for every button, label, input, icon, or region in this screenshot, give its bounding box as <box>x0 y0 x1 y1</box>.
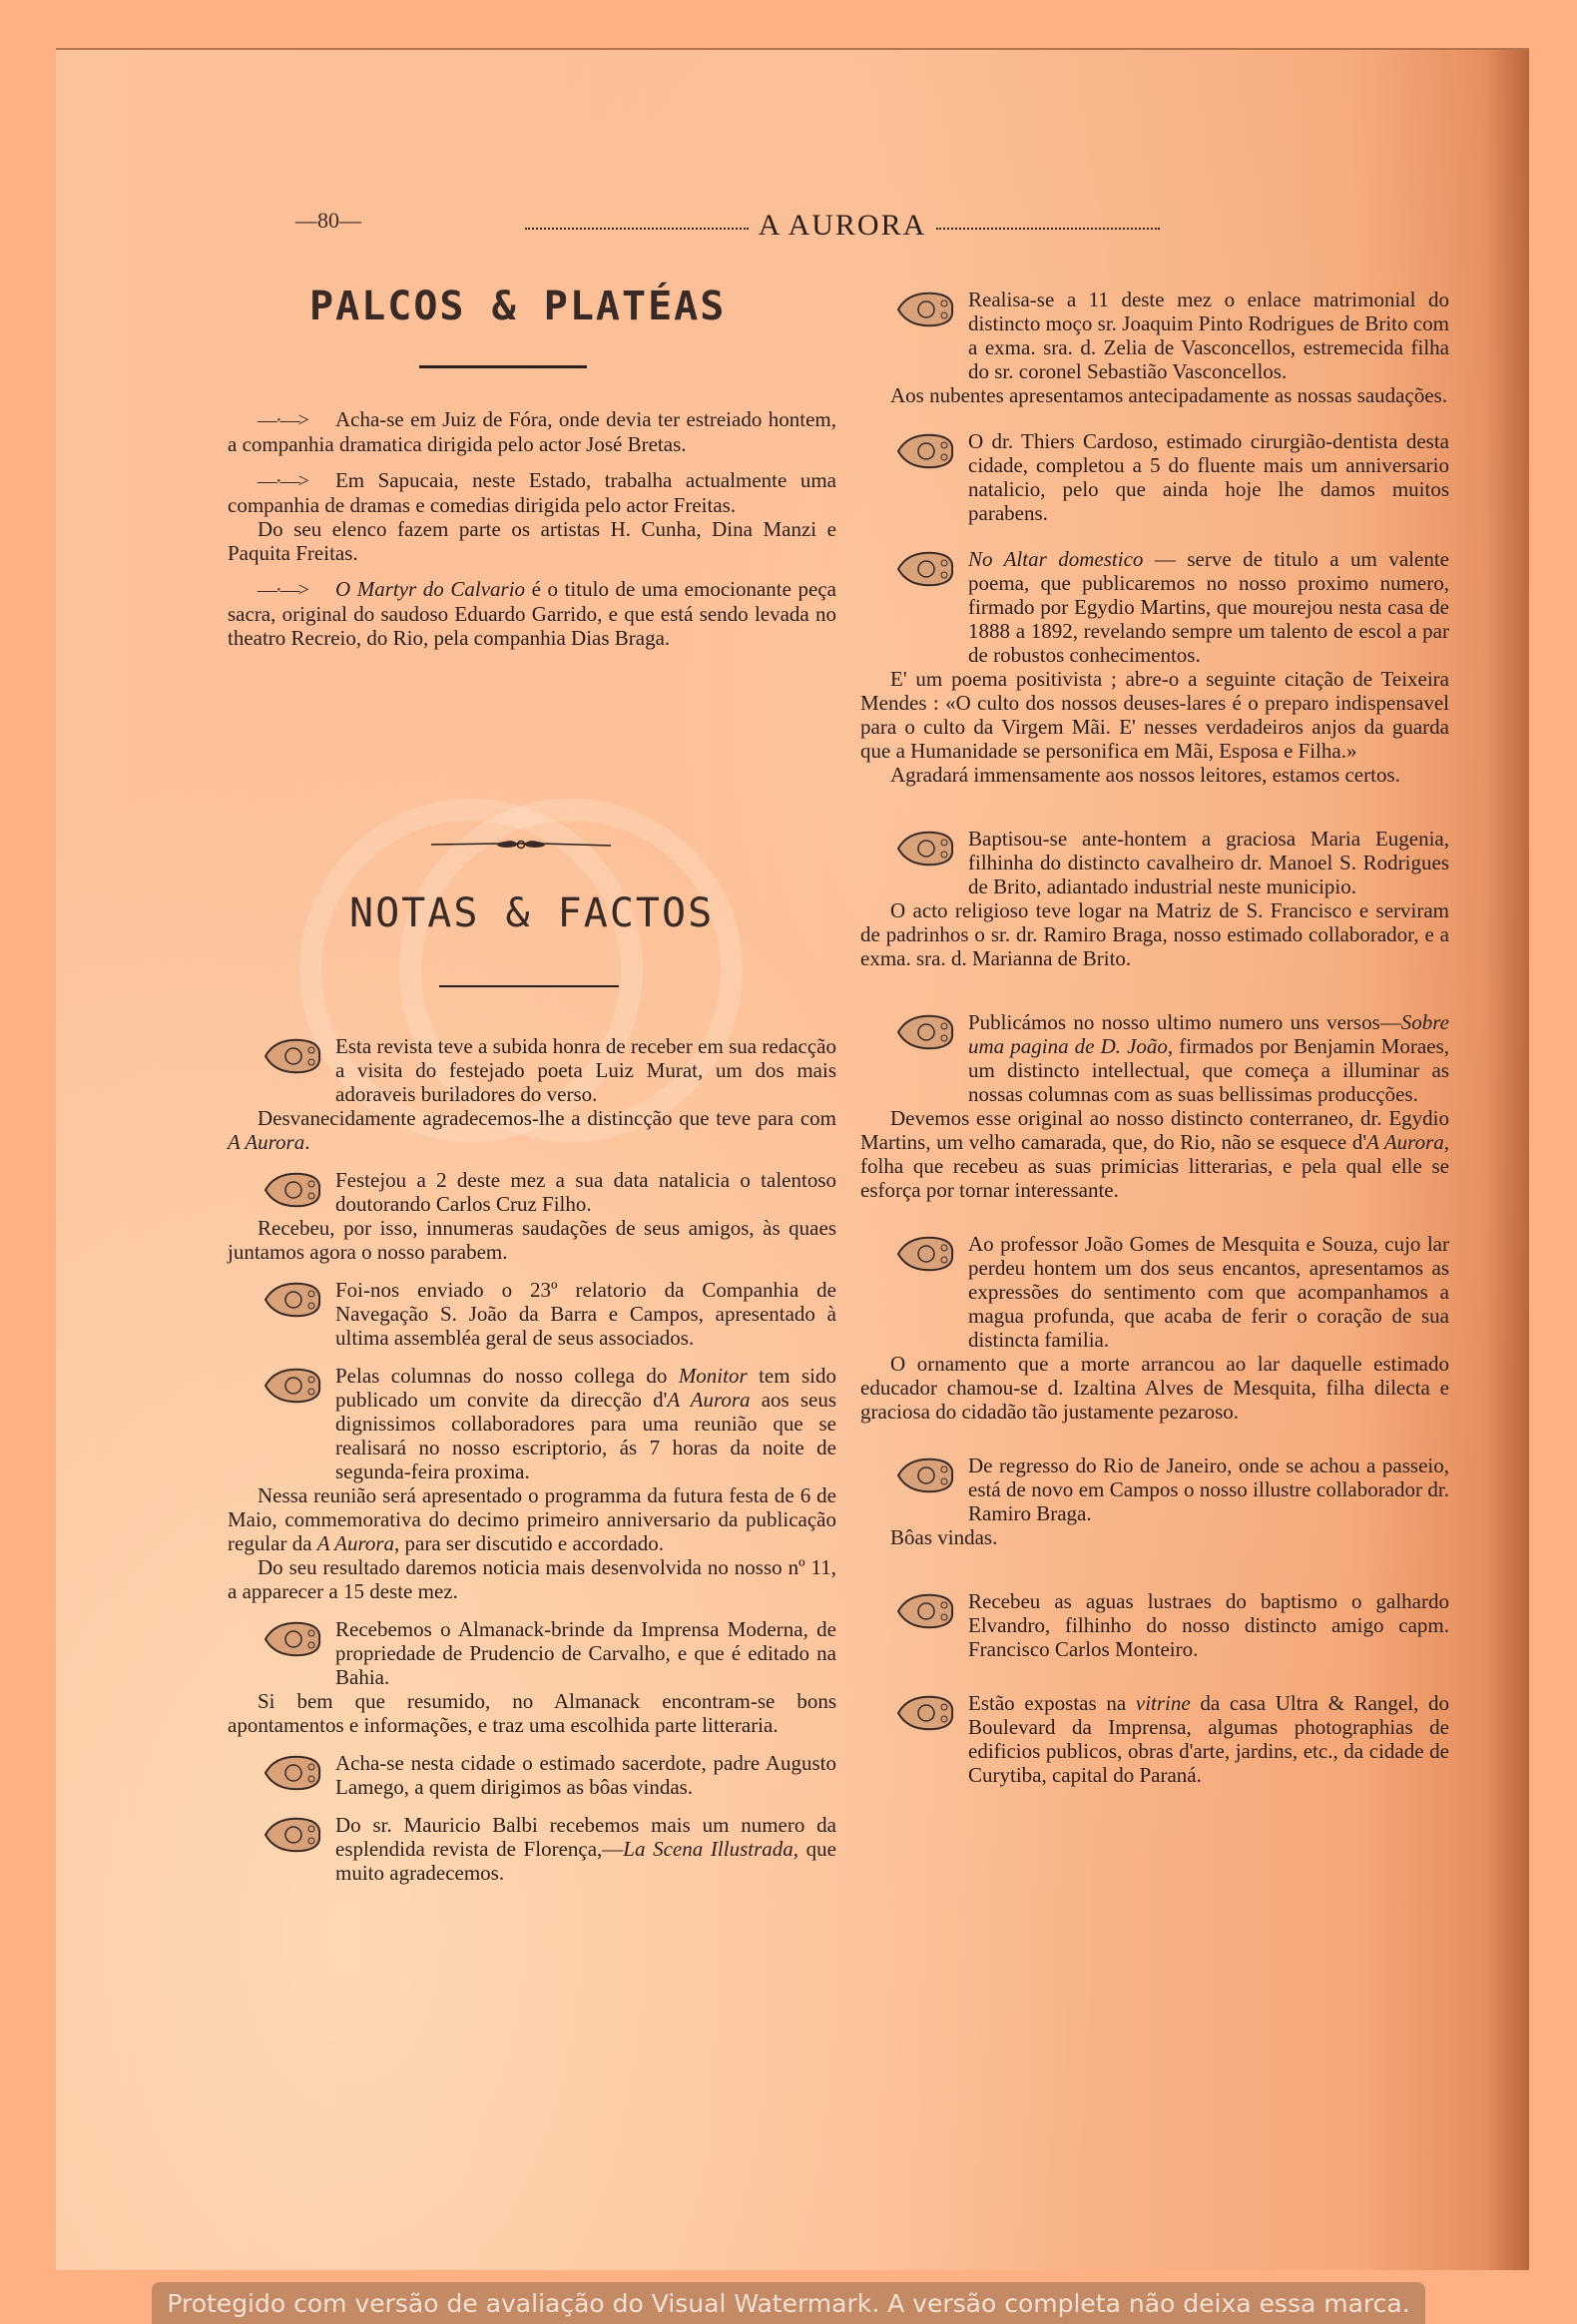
news-item: Pelas columnas do nosso collega do Monit… <box>228 1364 836 1603</box>
news-item: Baptisou-se ante-hontem a graciosa Maria… <box>860 827 1449 970</box>
leaf-ornament-icon <box>262 1753 323 1793</box>
page-number: —80— <box>295 208 361 234</box>
leaf-ornament-icon <box>894 290 956 329</box>
leaf-ornament-icon <box>262 1170 323 1210</box>
article-text: Desvanecidamente agradecemos-lhe a disti… <box>228 1106 836 1154</box>
ornament-divider-icon <box>431 839 611 851</box>
news-item: Acha-se nesta cidade o estimado sacerdot… <box>228 1751 836 1799</box>
news-item: Estão expostas na vitrine da casa Ultra … <box>860 1691 1449 1787</box>
leaf-ornament-icon <box>262 1280 323 1320</box>
article-text: O ornamento que a morte arrancou ao lar … <box>860 1352 1449 1424</box>
leaf-ornament-icon <box>894 1591 956 1631</box>
leaf-ornament-icon <box>894 431 956 471</box>
news-item: Do sr. Mauricio Balbi recebemos mais um … <box>228 1813 836 1885</box>
leaf-ornament-icon <box>262 1036 323 1076</box>
news-item: Publicámos no nosso ultimo numero uns ve… <box>860 1010 1449 1202</box>
news-item: Foi-nos enviado o 23º relatorio da Compa… <box>228 1278 836 1350</box>
play-title: O Martyr do Calvario <box>335 577 525 601</box>
leaf-ornament-icon <box>894 1693 956 1733</box>
news-item: No Altar domestico — serve de titulo a u… <box>860 547 1449 787</box>
news-item: Recebeu as aguas lustraes do baptismo o … <box>860 1589 1449 1661</box>
notas-right-column: Realisa-se a 11 deste mez o enlace matri… <box>860 288 1449 1801</box>
leaf-ornament-icon <box>894 1234 956 1274</box>
palcos-item: —·—>Acha-se em Juiz de Fóra, onde devia … <box>228 407 836 456</box>
masthead-title: A AURORA <box>759 209 927 243</box>
article-text: Si bem que resumido, no Almanack encontr… <box>228 1689 836 1737</box>
leaf-ornament-icon <box>262 1366 323 1406</box>
section-rule <box>439 985 619 987</box>
article-text: Nessa reunião será apresentado o program… <box>228 1483 836 1555</box>
leaf-ornament-icon <box>262 1815 323 1855</box>
arrow-icon: —·—> <box>258 469 307 493</box>
leaf-ornament-icon <box>894 1012 956 1052</box>
masthead-rule-right <box>936 228 1160 230</box>
article-text: Do seu resultado daremos noticia mais de… <box>228 1555 836 1603</box>
article-text: O acto religioso teve logar na Matriz de… <box>860 898 1449 970</box>
leaf-ornament-icon <box>894 1455 956 1495</box>
news-item: Recebemos o Almanack-brinde da Imprensa … <box>228 1617 836 1737</box>
article-text: Bôas vindas. <box>860 1525 1449 1549</box>
section-title-palcos: PALCOS & PLATÉAS <box>309 284 726 329</box>
article-text: Acha-se em Juiz de Fóra, onde devia ter … <box>228 407 836 456</box>
article-text: Devemos esse original ao nosso distincto… <box>860 1106 1449 1202</box>
palcos-item: —·—>Em Sapucaia, neste Estado, trabalha … <box>228 468 836 565</box>
article-text: Agradará immensamente aos nossos leitore… <box>860 763 1449 787</box>
news-item: Esta revista teve a subida honra de rece… <box>228 1034 836 1154</box>
masthead: A AURORA <box>525 206 1160 246</box>
palcos-section: —·—>Acha-se em Juiz de Fóra, onde devia … <box>228 407 836 664</box>
article-text: Aos nubentes apresentamos antecipadament… <box>860 383 1449 407</box>
masthead-rule-left <box>525 228 749 230</box>
news-item: De regresso do Rio de Janeiro, onde se a… <box>860 1453 1449 1549</box>
article-text: E' um poema positivista ; abre-o a segui… <box>860 667 1449 763</box>
palcos-item: —·—>O Martyr do Calvario é o titulo de u… <box>228 577 836 650</box>
leaf-ornament-icon <box>894 549 956 589</box>
arrow-icon: —·—> <box>258 578 307 602</box>
section-title-notas: NOTAS & FACTOS <box>349 890 714 936</box>
leaf-ornament-icon <box>894 829 956 869</box>
visual-watermark-notice: Protegido com versão de avaliação do Vis… <box>152 2282 1425 2324</box>
news-item: Festejou a 2 deste mez a sua data natali… <box>228 1168 836 1264</box>
section-rule <box>419 365 587 368</box>
article-text: Em Sapucaia, neste Estado, trabalha actu… <box>228 468 836 517</box>
leaf-ornament-icon <box>262 1619 323 1659</box>
news-item: Realisa-se a 11 deste mez o enlace matri… <box>860 288 1449 407</box>
notas-left-column: Esta revista teve a subida honra de rece… <box>228 1034 836 1899</box>
article-text: é o titulo de uma emocionante peça sacra… <box>228 577 836 650</box>
arrow-icon: —·—> <box>258 408 307 432</box>
news-item: Ao professor João Gomes de Mesquita e So… <box>860 1232 1449 1424</box>
news-item: O dr. Thiers Cardoso, estimado cirurgião… <box>860 429 1449 525</box>
article-text: Recebeu, por isso, innumeras saudações d… <box>228 1216 836 1264</box>
article-text: Do seu elenco fazem parte os artistas H.… <box>228 517 836 565</box>
